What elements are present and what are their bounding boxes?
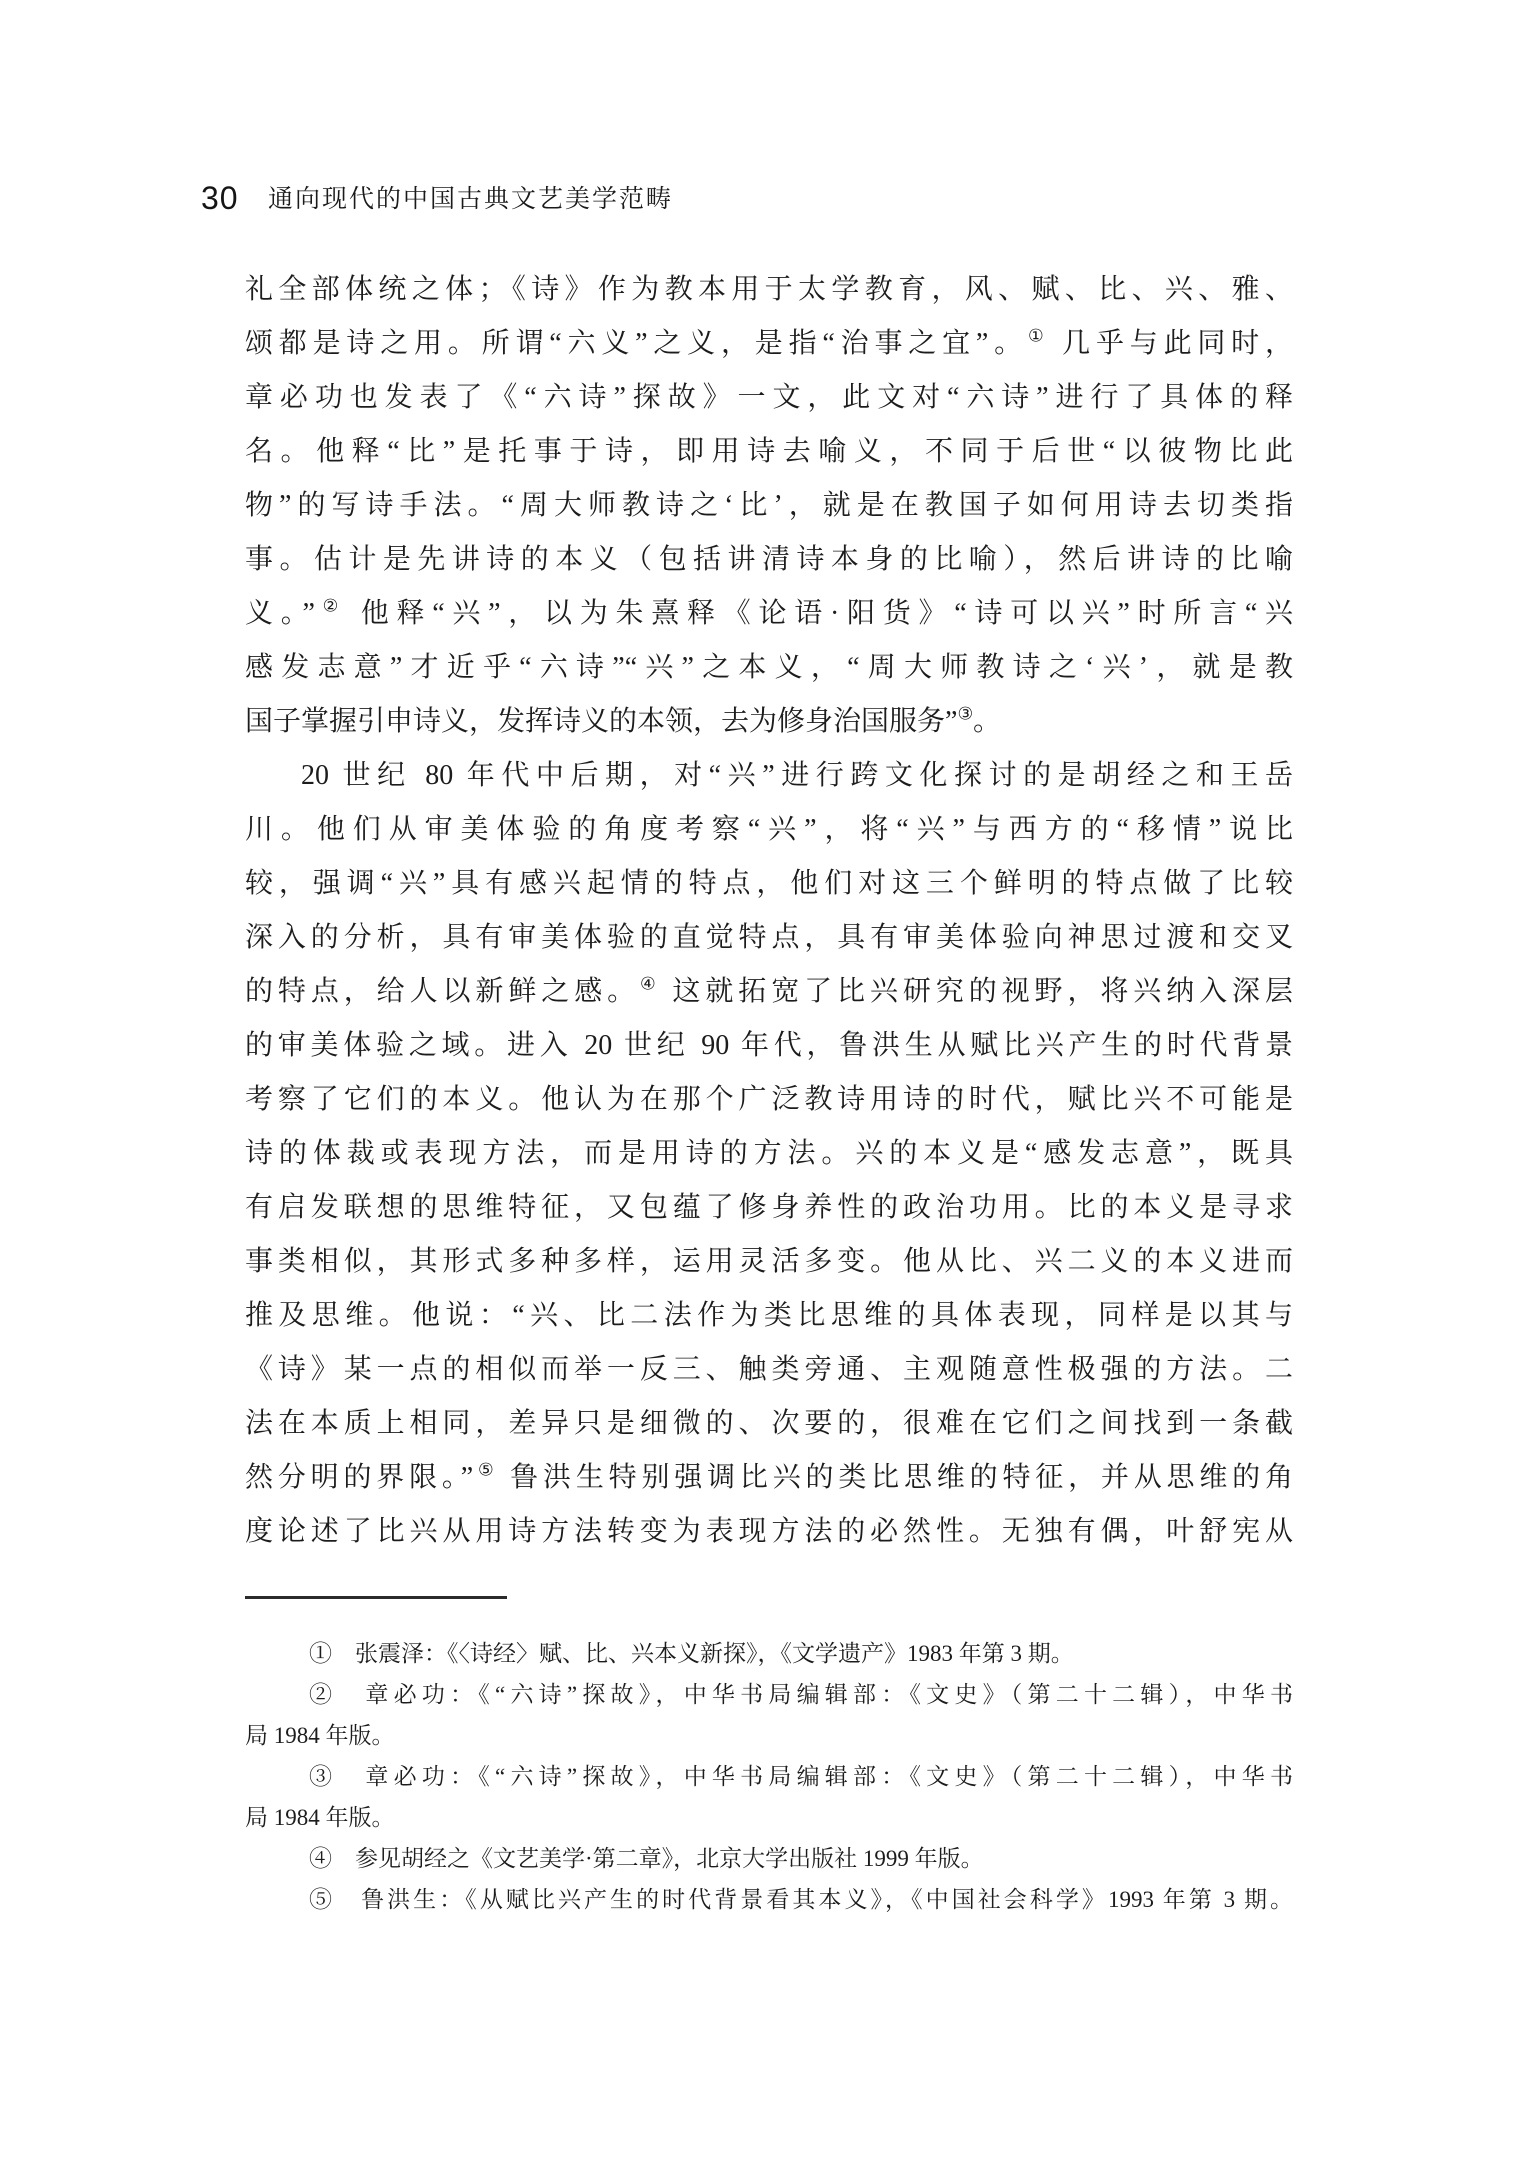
body-line: 物”的写诗手法。“周大师教诗之‘比’，就是在教国子如何用诗去切类指 xyxy=(245,479,1293,533)
body-line: 法在本质上相同，差异只是细微的、次要的，很难在它们之间找到一条截 xyxy=(245,1397,1293,1451)
body-line: 然分明的界限。”⑤ 鲁洪生特别强调比兴的类比思维的特征，并从思维的角 xyxy=(245,1451,1293,1505)
page-number: 30 xyxy=(201,178,239,218)
footnotes: ① 张震泽：《〈诗经〉赋、比、兴本义新探》，《文学遗产》1983 年第 3 期。… xyxy=(245,1633,1293,1920)
body-line: 深入的分析，具有审美体验的直觉特点，具有审美体验向神思过渡和交叉 xyxy=(245,911,1293,965)
body-line: 事。估计是先讲诗的本义（包括讲清诗本身的比喻），然后讲诗的比喻 xyxy=(245,533,1293,587)
body-line: 较，强调“兴”具有感兴起情的特点，他们对这三个鲜明的特点做了比较 xyxy=(245,857,1293,911)
body-line: 事类相似，其形式多种多样，运用灵活多变。他从比、兴二义的本义进而 xyxy=(245,1235,1293,1289)
body-line: 名。他释“比”是托事于诗，即用诗去喻义，不同于后世“以彼物比此 xyxy=(245,425,1293,479)
book-page: 30 通向现代的中国古典文艺美学范畴 礼全部体统之体；《诗》作为教本用于太学教育… xyxy=(0,0,1536,2181)
body-line: 考察了它们的本义。他认为在那个广泛教诗用诗的时代，赋比兴不可能是 xyxy=(245,1073,1293,1127)
footnote-line: ④ 参见胡经之《文艺美学·第二章》，北京大学出版社 1999 年版。 xyxy=(245,1838,1293,1879)
body-line: 《诗》某一点的相似而举一反三、触类旁通、主观随意性极强的方法。二 xyxy=(245,1343,1293,1397)
body-line: 有启发联想的思维特征，又包蕴了修身养性的政治功用。比的本义是寻求 xyxy=(245,1181,1293,1235)
body-line: 颂都是诗之用。所谓“六义”之义，是指“治事之宜”。① 几乎与此同时， xyxy=(245,317,1293,371)
body-line: 川。他们从审美体验的角度考察“兴”，将“兴”与西方的“移情”说比 xyxy=(245,803,1293,857)
footnote-line: 局 1984 年版。 xyxy=(245,1715,1293,1756)
running-title: 通向现代的中国古典文艺美学范畴 xyxy=(268,178,673,220)
footnote-line: ⑤ 鲁洪生：《从赋比兴产生的时代背景看其本义》，《中国社会科学》1993 年第 … xyxy=(245,1879,1293,1920)
body-line: 推及思维。他说：“兴、比二法作为类比思维的具体表现，同样是以其与 xyxy=(245,1289,1293,1343)
body-line: 度论述了比兴从用诗方法转变为表现方法的必然性。无独有偶，叶舒宪从 xyxy=(245,1505,1293,1559)
body-line: 感发志意”才近乎“六诗”“兴”之本义，“周大师教诗之‘兴’，就是教 xyxy=(245,641,1293,695)
body-line: 20 世纪 80 年代中后期，对“兴”进行跨文化探讨的是胡经之和王岳 xyxy=(245,749,1293,803)
body-line: 国子掌握引申诗义，发挥诗义的本领，去为修身治国服务”③。 xyxy=(245,695,1293,749)
body-line: 义。”② 他释“兴”，以为朱熹释《论语·阳货》“诗可以兴”时所言“兴 xyxy=(245,587,1293,641)
footnote-line: ② 章必功：《“六诗”探故》，中华书局编辑部：《文史》（第二十二辑），中华书 xyxy=(245,1674,1293,1715)
body-line: 礼全部体统之体；《诗》作为教本用于太学教育，风、赋、比、兴、雅、 xyxy=(245,263,1293,317)
running-header: 30 通向现代的中国古典文艺美学范畴 xyxy=(0,178,1536,218)
footnote-line: 局 1984 年版。 xyxy=(245,1797,1293,1838)
footnote-divider xyxy=(245,1596,507,1599)
body-text: 礼全部体统之体；《诗》作为教本用于太学教育，风、赋、比、兴、雅、 颂都是诗之用。… xyxy=(245,263,1293,1559)
footnote-line: ① 张震泽：《〈诗经〉赋、比、兴本义新探》，《文学遗产》1983 年第 3 期。 xyxy=(245,1633,1293,1674)
body-line: 章必功也发表了《“六诗”探故》一文，此文对“六诗”进行了具体的释 xyxy=(245,371,1293,425)
footnote-line: ③ 章必功：《“六诗”探故》，中华书局编辑部：《文史》（第二十二辑），中华书 xyxy=(245,1756,1293,1797)
body-line: 的审美体验之域。进入 20 世纪 90 年代，鲁洪生从赋比兴产生的时代背景 xyxy=(245,1019,1293,1073)
body-line: 诗的体裁或表现方法，而是用诗的方法。兴的本义是“感发志意”，既具 xyxy=(245,1127,1293,1181)
body-line: 的特点，给人以新鲜之感。④ 这就拓宽了比兴研究的视野，将兴纳入深层 xyxy=(245,965,1293,1019)
